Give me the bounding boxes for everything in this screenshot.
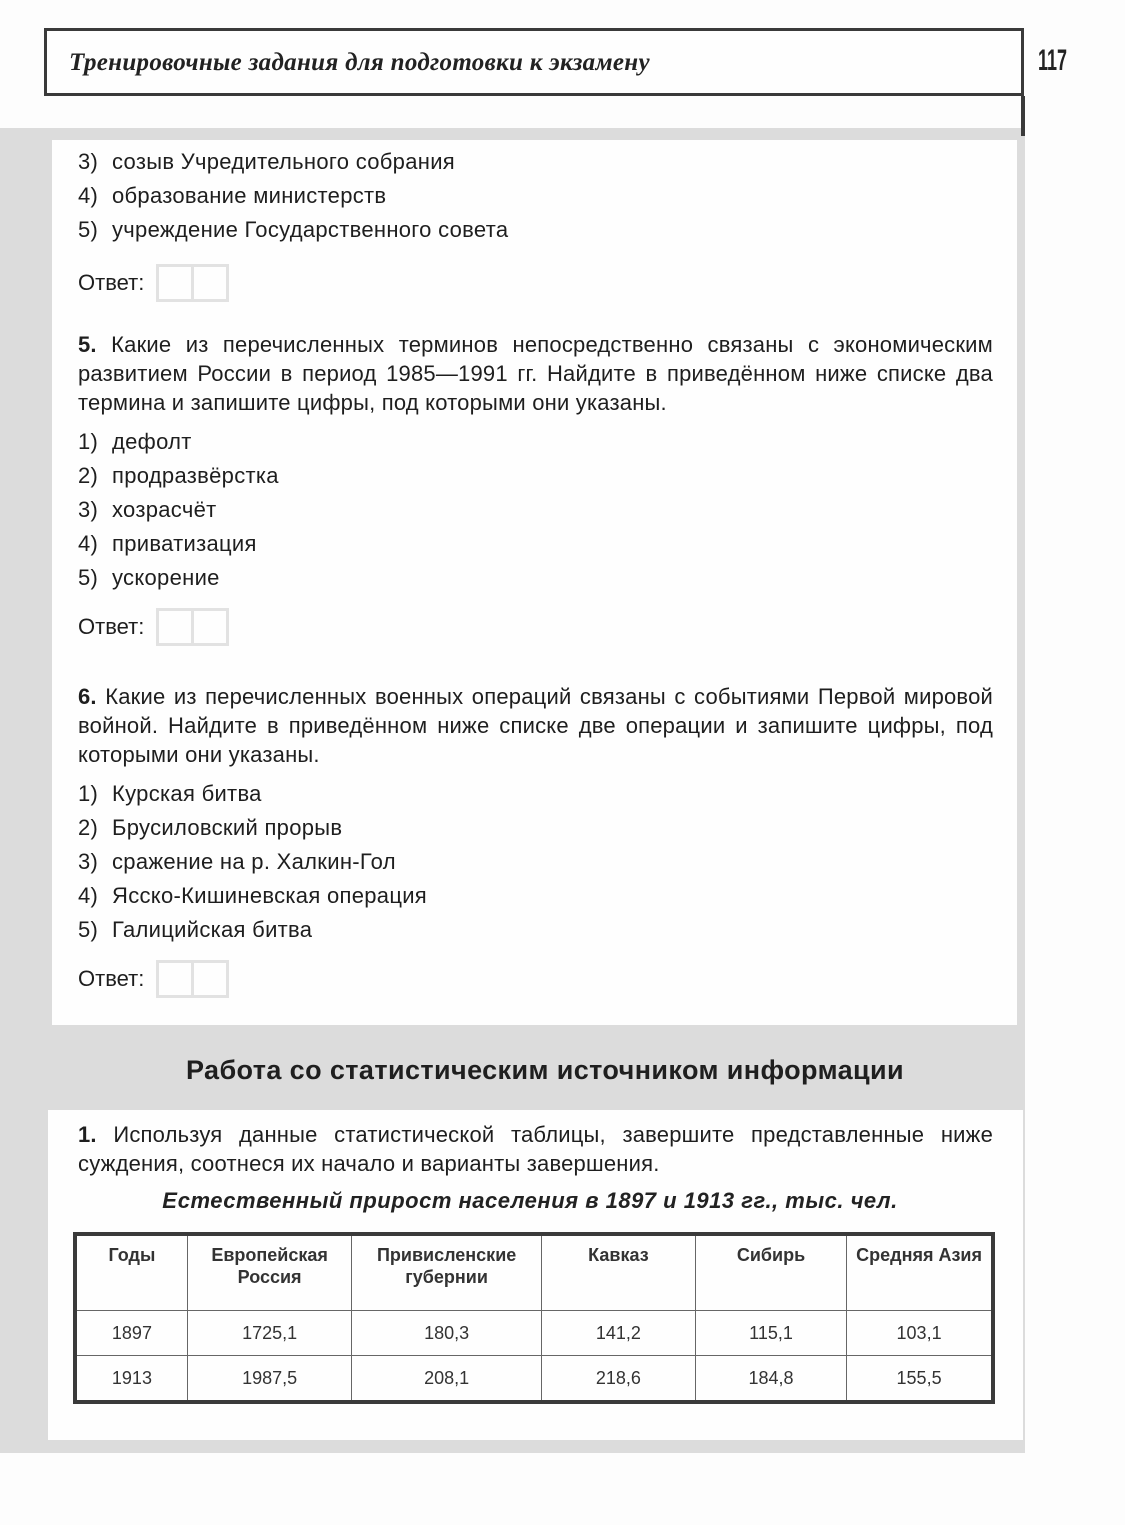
question-6: 6. Какие из перечисленных военных операц… [78, 682, 993, 1003]
table-cell: 1897 [75, 1311, 187, 1356]
table-cell: 180,3 [352, 1311, 542, 1356]
answer-row: Ответ: [78, 259, 993, 307]
table-title: Естественный прирост населения в 1897 и … [0, 1188, 1060, 1214]
answer-cell[interactable] [159, 611, 191, 643]
table-cell: 208,1 [352, 1356, 542, 1403]
answer-input-box[interactable] [156, 960, 229, 998]
answer-row: Ответ: [78, 603, 993, 651]
table-cell: 141,2 [541, 1311, 695, 1356]
table-cell: 1725,1 [187, 1311, 352, 1356]
question-5: 5. Какие из перечисленных терминов непос… [78, 330, 993, 651]
option-item: 5)ускорение [78, 561, 993, 595]
running-header: Тренировочные задания для подготовки к э… [44, 28, 1024, 96]
answer-cell[interactable] [191, 611, 226, 643]
answer-cell[interactable] [191, 267, 226, 299]
answer-cell[interactable] [159, 963, 191, 995]
table-row: 1897 1725,1 180,3 141,2 115,1 103,1 [75, 1311, 993, 1356]
column-header: Сибирь [695, 1234, 846, 1311]
answer-row: Ответ: [78, 955, 993, 1003]
statistics-table: Годы Европейская Россия Привисленские гу… [73, 1232, 995, 1404]
table-cell: 218,6 [541, 1356, 695, 1403]
option-item: 5)учреждение Государственного совета [78, 213, 993, 247]
column-header: Годы [75, 1234, 187, 1311]
option-item: 4)образование министерств [78, 179, 993, 213]
table-row: 1913 1987,5 208,1 218,6 184,8 155,5 [75, 1356, 993, 1403]
page-number: 117 [1038, 44, 1067, 78]
answer-input-box[interactable] [156, 608, 229, 646]
section-heading: Работа со статистическим источником инфо… [0, 1055, 1090, 1086]
header-rule [1021, 96, 1025, 136]
column-header: Средняя Азия [847, 1234, 993, 1311]
answer-cell[interactable] [191, 963, 226, 995]
answer-label: Ответ: [78, 966, 144, 992]
column-header: Кавказ [541, 1234, 695, 1311]
table-cell: 155,5 [847, 1356, 993, 1403]
table-header-row: Годы Европейская Россия Привисленские гу… [75, 1234, 993, 1311]
option-item: 4)Ясско-Кишиневская операция [78, 879, 993, 913]
option-item: 1)Курская битва [78, 777, 993, 811]
answer-input-box[interactable] [156, 264, 229, 302]
question-text: 1. Используя данные статистической табли… [78, 1120, 993, 1178]
header-title: Тренировочные задания для подготовки к э… [69, 49, 650, 77]
answer-label: Ответ: [78, 270, 144, 296]
option-item: 2)Брусиловский прорыв [78, 811, 993, 845]
table-cell: 115,1 [695, 1311, 846, 1356]
prev-question-options: 3)созыв Учредительного собрания 4)образо… [78, 145, 993, 307]
answer-label: Ответ: [78, 614, 144, 640]
column-header: Привисленские губернии [352, 1234, 542, 1311]
table-cell: 1913 [75, 1356, 187, 1403]
column-header: Европейская Россия [187, 1234, 352, 1311]
table-cell: 1987,5 [187, 1356, 352, 1403]
option-item: 3)хозрасчёт [78, 493, 993, 527]
stat-question-1: 1. Используя данные статистической табли… [78, 1120, 993, 1178]
table-cell: 103,1 [847, 1311, 993, 1356]
option-item: 1)дефолт [78, 425, 993, 459]
question-text: 6. Какие из перечисленных военных операц… [78, 682, 993, 769]
option-item: 5)Галицийская битва [78, 913, 993, 947]
answer-cell[interactable] [159, 267, 191, 299]
option-item: 4)приватизация [78, 527, 993, 561]
question-text: 5. Какие из перечисленных терминов непос… [78, 330, 993, 417]
option-item: 3)сражение на р. Халкин-Гол [78, 845, 993, 879]
option-item: 2)продразвёрстка [78, 459, 993, 493]
option-item: 3)созыв Учредительного собрания [78, 145, 993, 179]
table-cell: 184,8 [695, 1356, 846, 1403]
